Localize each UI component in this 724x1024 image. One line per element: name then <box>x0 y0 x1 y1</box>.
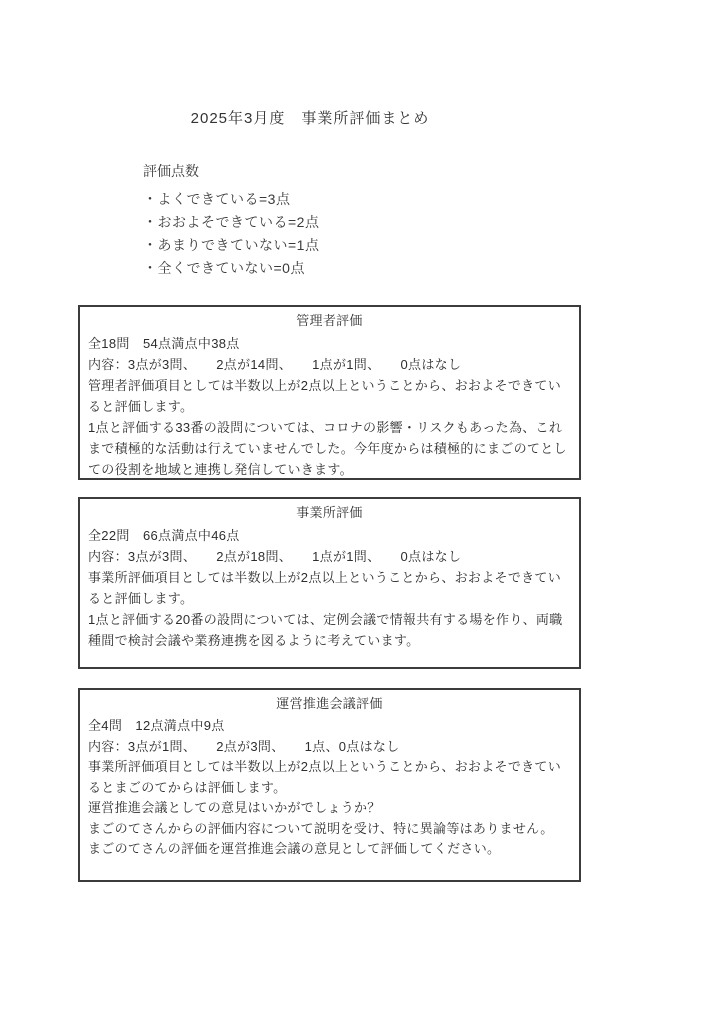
section-title: 運営推進会議評価 <box>88 694 571 714</box>
section-paragraph: 事業所評価項目としては半数以上が2点以上ということから、おおよそできていると評価… <box>88 567 571 609</box>
section-breakdown: 内容：3点が1問、 2点が3問、 1点、0点はなし <box>88 737 571 758</box>
section-paragraph: まごのてさんからの評価内容について説明を受け、特に異論等はありません。 <box>88 819 571 840</box>
section-summary: 全22問 66点満点中46点 <box>88 525 571 546</box>
section-office-evaluation: 事業所評価 全22問 66点満点中46点 内容：3点が3問、 2点が18問、 1… <box>78 497 581 669</box>
section-paragraph: まごのてさんの評価を運営推進会議の意見として評価してください。 <box>88 839 571 860</box>
section-title: 事業所評価 <box>88 503 571 523</box>
legend-item-3points: ・よくできている=3点 <box>143 188 319 211</box>
legend-item-2points: ・おおよそできている=2点 <box>143 211 319 234</box>
section-breakdown: 内容：3点が3問、 2点が14問、 1点が1問、 0点はなし <box>88 354 571 375</box>
section-breakdown: 内容：3点が3問、 2点が18問、 1点が1問、 0点はなし <box>88 546 571 567</box>
section-manager-evaluation: 管理者評価 全18問 54点満点中38点 内容：3点が3問、 2点が14問、 1… <box>78 305 581 480</box>
section-summary: 全18問 54点満点中38点 <box>88 333 571 354</box>
legend-heading: 評価点数 <box>143 160 319 182</box>
page-title: 2025年3月度 事業所評価まとめ <box>0 107 620 128</box>
section-paragraph: 1点と評価する20番の設問については、定例会議で情報共有する場を作り、両職種間で… <box>88 609 571 651</box>
section-title: 管理者評価 <box>88 311 571 331</box>
section-paragraph: 1点と評価する33番の設問については、コロナの影響・リスクもあった為、これまで積… <box>88 417 571 480</box>
scanned-document-page: 2025年3月度 事業所評価まとめ 評価点数 ・よくできている=3点 ・おおよそ… <box>0 0 724 1024</box>
section-paragraph: 事業所評価項目としては半数以上が2点以上ということから、おおよそできているとまご… <box>88 757 571 798</box>
section-paragraph: 管理者評価項目としては半数以上が2点以上ということから、おおよそできていると評価… <box>88 375 571 417</box>
legend-item-1point: ・あまりできていない=1点 <box>143 234 319 257</box>
score-legend: 評価点数 ・よくできている=3点 ・おおよそできている=2点 ・あまりできていな… <box>143 160 319 280</box>
legend-item-0points: ・全くできていない=0点 <box>143 257 319 280</box>
section-paragraph: 運営推進会議としての意見はいかがでしょうか？ <box>88 798 571 819</box>
section-summary: 全4問 12点満点中9点 <box>88 716 571 737</box>
section-steering-committee-evaluation: 運営推進会議評価 全4問 12点満点中9点 内容：3点が1問、 2点が3問、 1… <box>78 688 581 882</box>
